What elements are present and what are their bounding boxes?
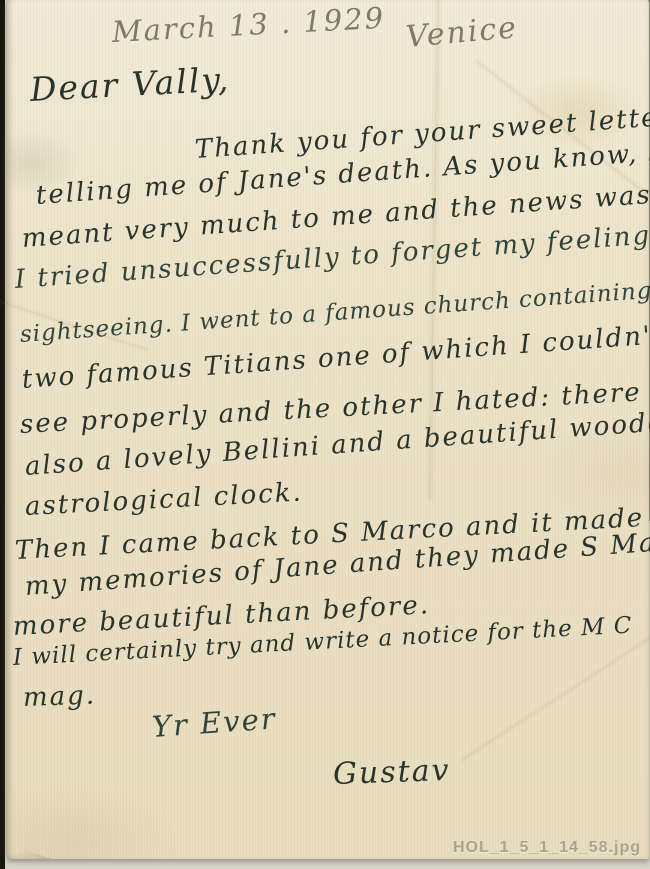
scanned-letter: March 13 . 1929 Venice Dear Vally, Thank… — [0, 0, 650, 869]
watermark-filename: HOL_1_5_1_14_58.jpg — [453, 839, 641, 857]
body-line: mag. — [22, 680, 96, 713]
signature-line: Gustav — [332, 753, 451, 792]
scanner-edge-left — [0, 0, 5, 869]
